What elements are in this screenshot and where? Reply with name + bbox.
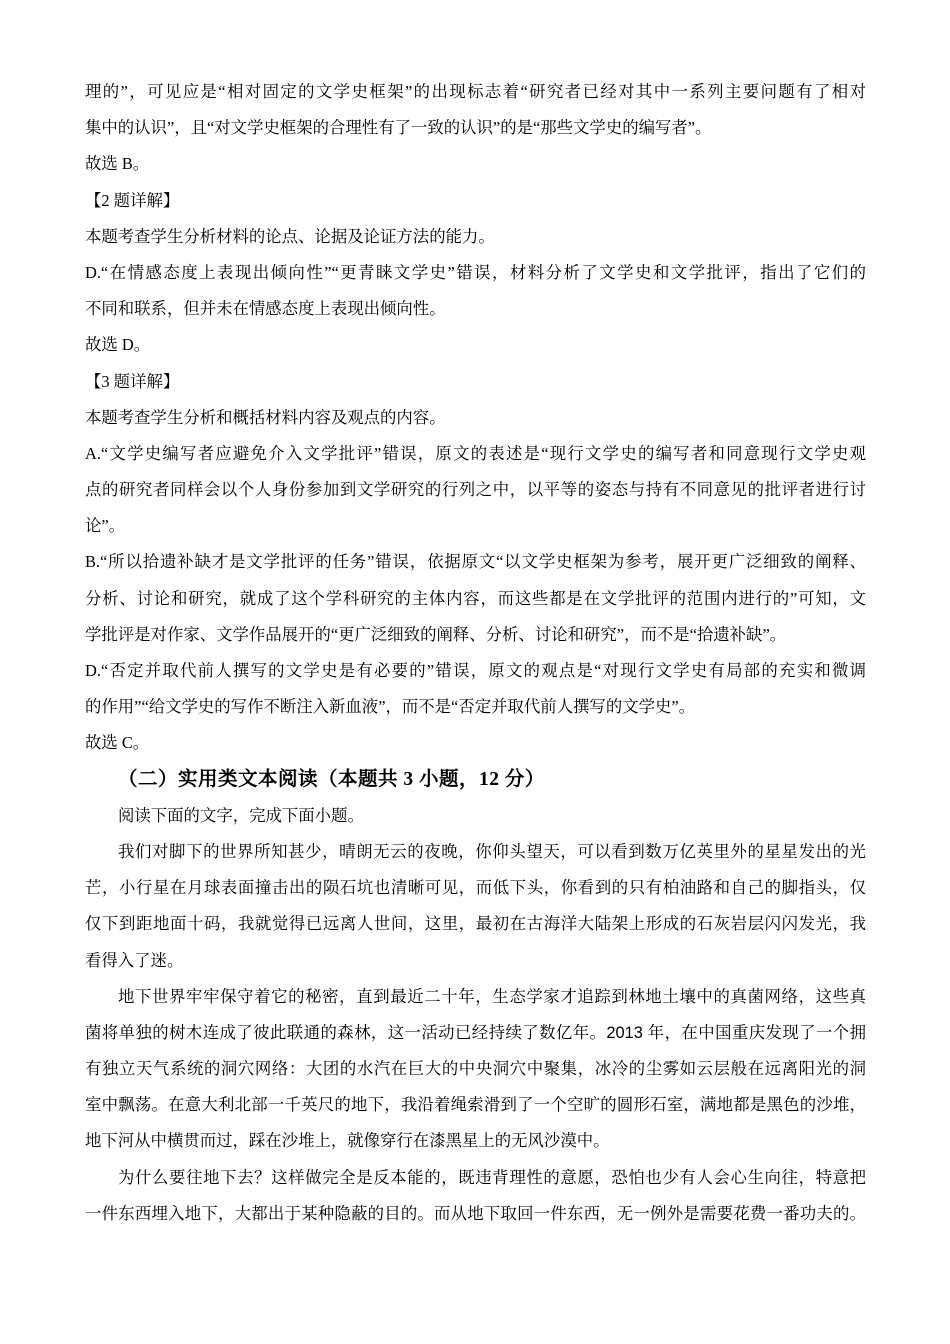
section-heading: （二）实用类文本阅读（本题共 3 小题，12 分） <box>85 762 866 798</box>
analysis-q3-line: 本题考查学生分析和概括材料内容及观点的内容。 <box>85 400 866 436</box>
heading-q2-explain: 【2 题详解】 <box>85 183 866 219</box>
document-page: 理的”，可见应是“相对固定的文学史框架”的出现标志着“研究者已经对其中一系列主要… <box>0 0 950 1344</box>
passage-line: 为什么要往地下去？这样做完全是反本能的，既违背理性的意愿，恐怕也少有人会心生向往… <box>85 1160 866 1196</box>
passage-line: 我们对脚下的世界所知甚少，晴朗无云的夜晚，你仰头望天，可以看到数万亿英里外的星星… <box>85 834 866 870</box>
analysis-q2-line: 本题考查学生分析材料的论点、论据及论证方法的能力。 <box>85 219 866 255</box>
analysis-q3-line: B.“所以拾遗补缺才是文学批评的任务”错误，依据原文“以文学史框架为参考，展开更… <box>85 544 866 580</box>
analysis-q3-line: 的作用”“给文学史的写作不断注入新血液”，而不是“否定并取代前人撰写的文学史”。 <box>85 689 866 725</box>
analysis-q3-line: 学批评是对作家、文学作品展开的“更广泛细致的阐释、分析、讨论和研究”，而不是“拾… <box>85 617 866 653</box>
page-content: 理的”，可见应是“相对固定的文学史框架”的出现标志着“研究者已经对其中一系列主要… <box>0 0 950 1232</box>
passage-line: 室中飘荡。在意大利北部一千英尺的地下，我沿着绳索滑到了一个空旷的圆形石室，满地都… <box>85 1087 866 1123</box>
analysis-q2-line: 不同和联系，但并未在情感态度上表现出倾向性。 <box>85 291 866 327</box>
reading-instruction: 阅读下面的文字，完成下面小题。 <box>85 798 866 834</box>
passage-line: 地下世界牢牢保守着它的秘密，直到最近二十年，生态学家才追踪到林地土壤中的真菌网络… <box>85 979 866 1015</box>
passage-line: 芒，小行星在月球表面撞击出的陨石坑也清晰可见，而低下头，你看到的只有柏油路和自己… <box>85 870 866 906</box>
answer-q3: 故选 C。 <box>85 725 866 761</box>
passage-line: 有独立天气系统的洞穴网络：大团的水汽在巨大的中央洞穴中聚集，冰冷的尘雾如云层般在… <box>85 1051 866 1087</box>
analysis-q1-line: 理的”，可见应是“相对固定的文学史框架”的出现标志着“研究者已经对其中一系列主要… <box>85 74 866 110</box>
passage-line: 看得入了迷。 <box>85 943 866 979</box>
answer-q2: 故选 D。 <box>85 327 866 363</box>
analysis-q1-line: 集中的认识”，且“对文学史框架的合理性有了一致的认识”的是“那些文学史的编写者”… <box>85 110 866 146</box>
analysis-q3-line: A.“文学史编写者应避免介入文学批评”错误，原文的表述是“现行文学史的编写者和同… <box>85 436 866 472</box>
analysis-q2-line: D.“在情感态度上表现出倾向性”“更青睐文学史”错误，材料分析了文学史和文学批评… <box>85 255 866 291</box>
passage-line: 地下河从中横贯而过，踩在沙堆上，就像穿行在漆黑星上的无风沙漠中。 <box>85 1123 866 1159</box>
answer-q1: 故选 B。 <box>85 146 866 182</box>
analysis-q3-line: D.“否定并取代前人撰写的文学史是有必要的”错误，原文的观点是“对现行文学史有局… <box>85 653 866 689</box>
analysis-q3-line: 论”。 <box>85 508 866 544</box>
passage-line: 一件东西埋入地下，大都出于某种隐蔽的目的。而从地下取回一件东西，无一例外是需要花… <box>85 1196 866 1232</box>
passage-line: 菌将单独的树木连成了彼此联通的森林，这一活动已经持续了数亿年。2013 年，在中… <box>85 1015 866 1051</box>
analysis-q3-line: 分析、讨论和研究，就成了这个学科研究的主体内容，而这些都是在文学批评的范围内进行… <box>85 581 866 617</box>
heading-q3-explain: 【3 题详解】 <box>85 364 866 400</box>
analysis-q3-line: 点的研究者同样会以个人身份参加到文学研究的行列之中，以平等的姿态与持有不同意见的… <box>85 472 866 508</box>
passage-line: 仅下到距地面十码，我就觉得已远离人世间，这里，最初在古海洋大陆架上形成的石灰岩层… <box>85 906 866 942</box>
